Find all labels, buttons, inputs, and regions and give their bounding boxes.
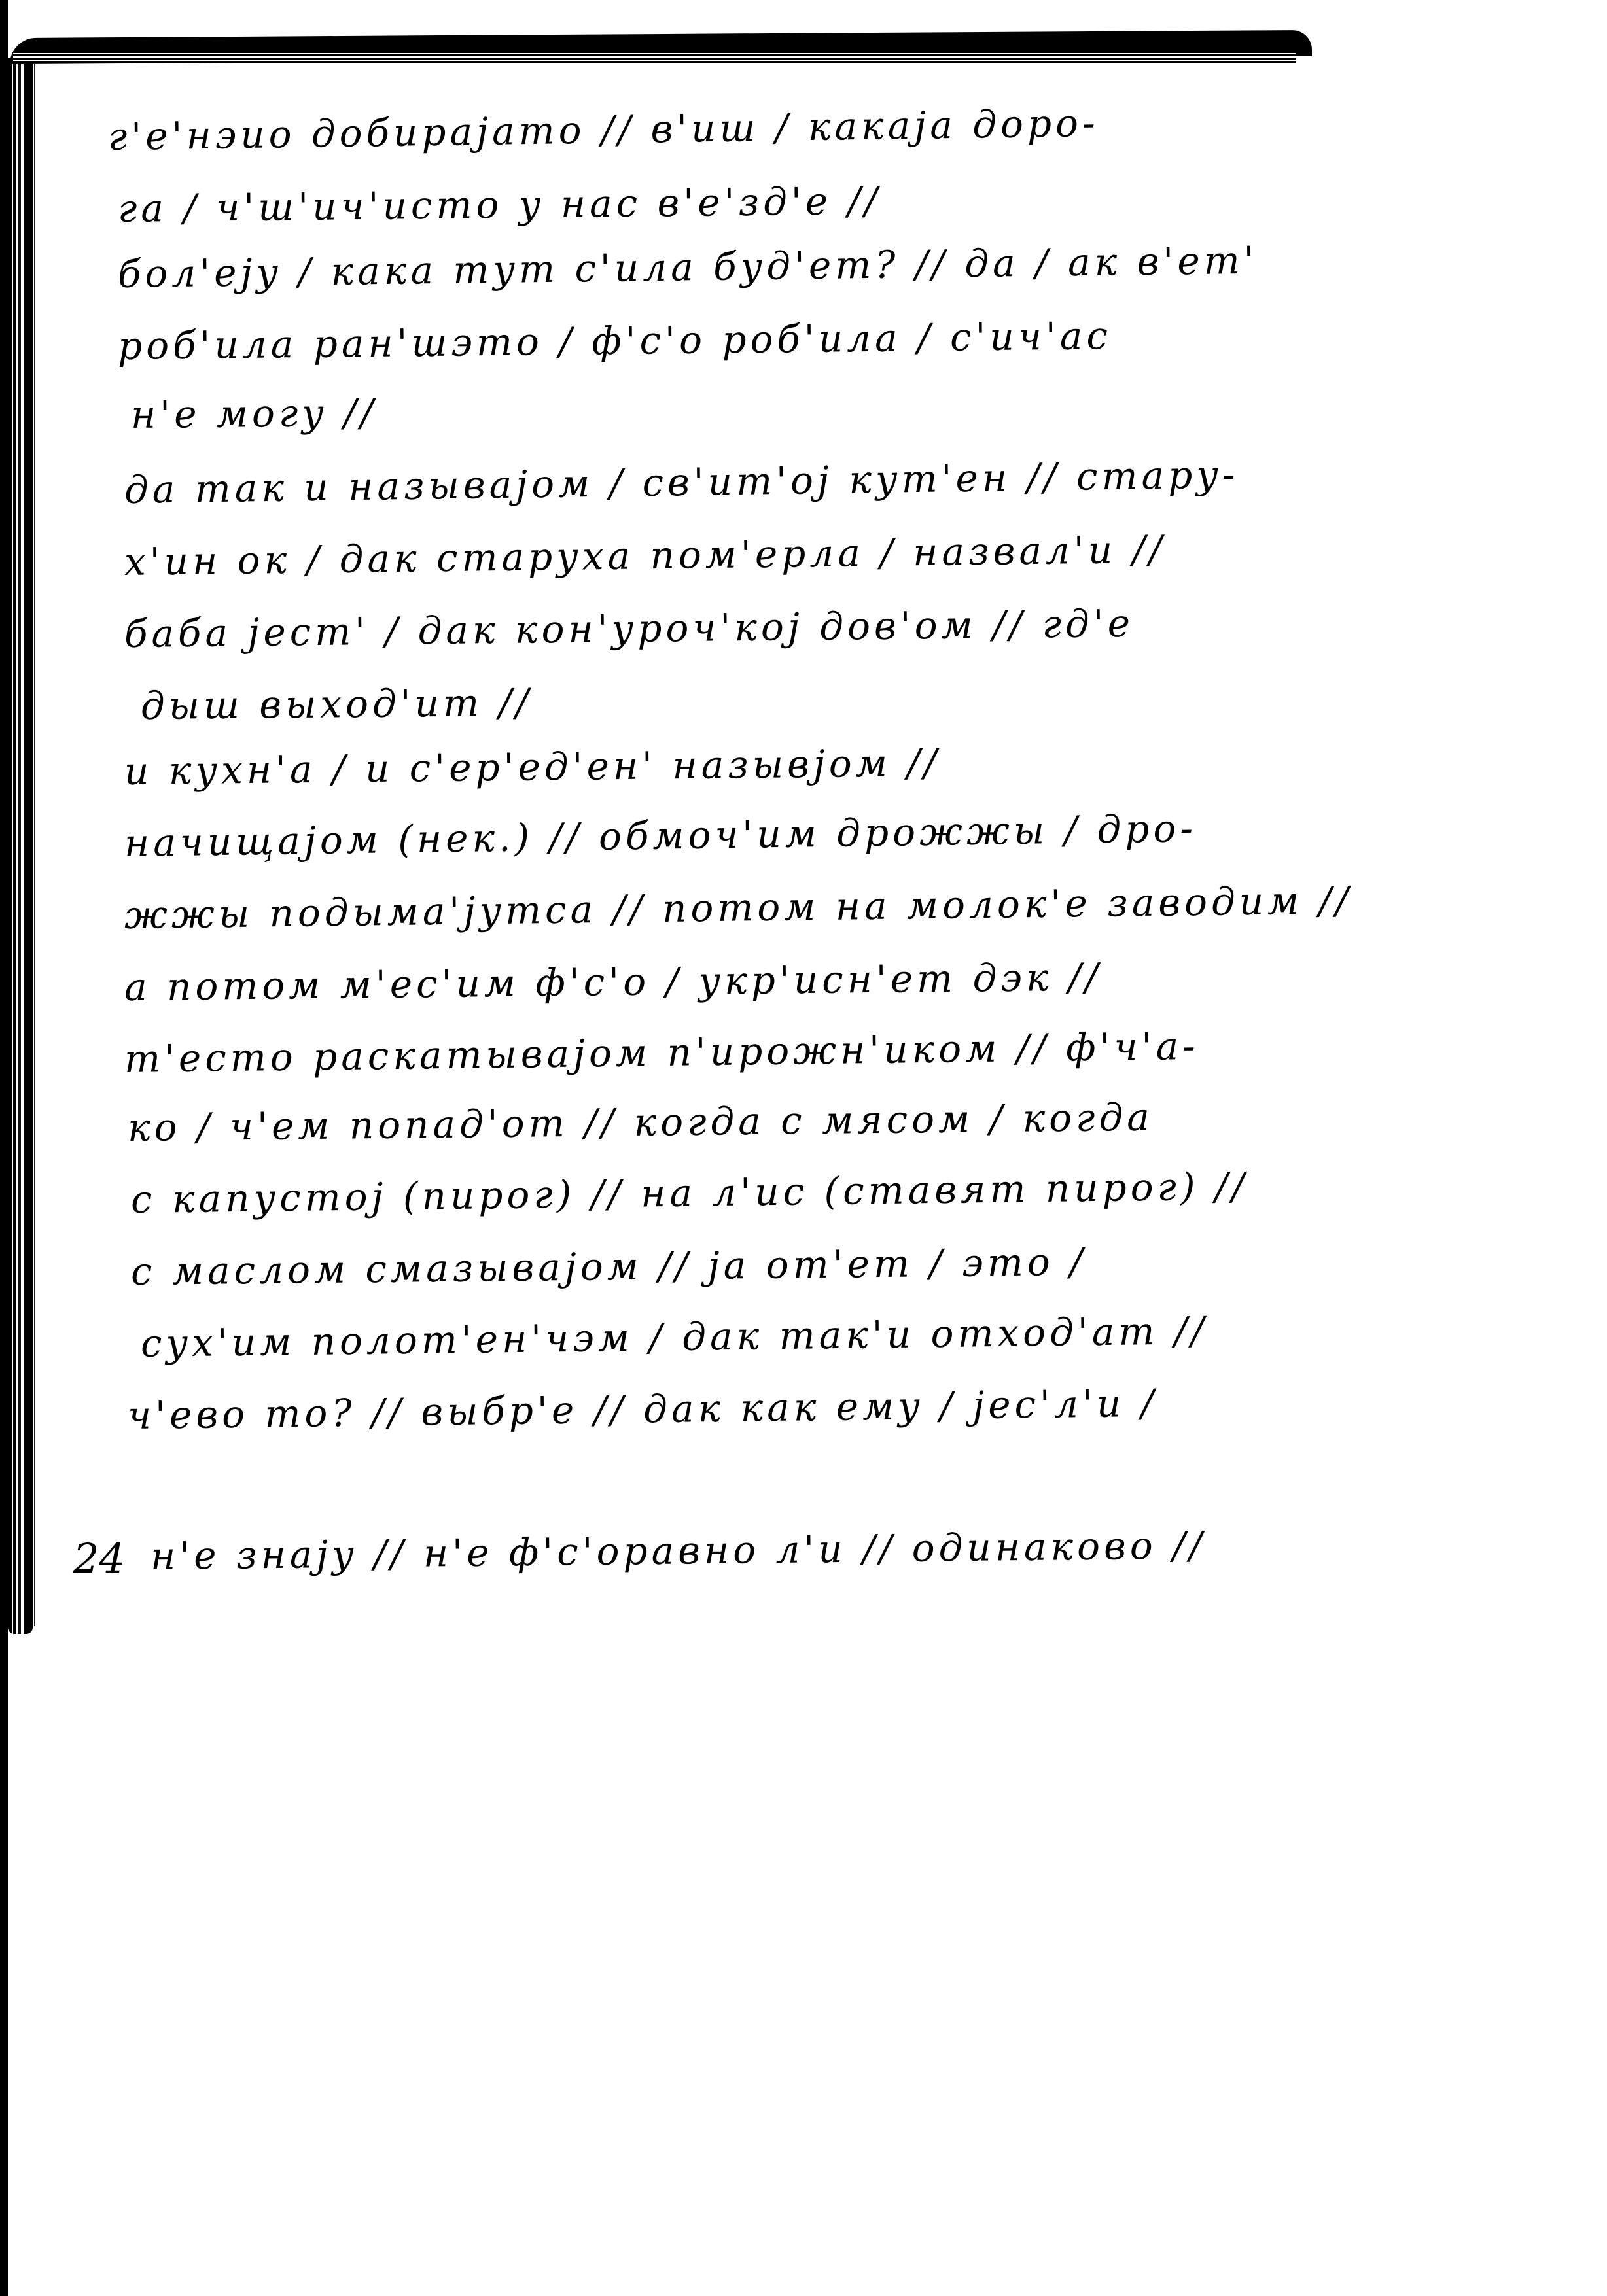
handwritten-line: х'ин ок / дак старуха пом'ерла / назвал'…	[124, 527, 1166, 584]
handwritten-line: жжы подыма'jутса // потом на молок'е зав…	[124, 878, 1353, 937]
handwritten-line: г'е'нэио добираjатo // в'иш / какаjа дор…	[108, 101, 1099, 159]
handwritten-line: с маслом смазываjом // jа от'ет / это /	[131, 1240, 1087, 1294]
handwritten-line: ко / ч'ем попад'от // когда с мясом / ко…	[128, 1095, 1154, 1150]
handwritten-line: да так и называjом / св'ит'оj кут'ен // …	[124, 452, 1239, 512]
handwritten-line: н'е могу //	[131, 391, 378, 437]
page-number: 24	[73, 1535, 125, 1582]
handwritten-line: баба jест' / дак кон'уроч'коj дов'ом // …	[124, 601, 1135, 656]
handwritten-line: сух'им полот'ен'чэм / дак так'и отход'ат…	[141, 1308, 1209, 1366]
handwritten-line: начищаjом (нек.) // обмоч'им дрожжы / др…	[124, 806, 1197, 865]
handwritten-line: дыш выход'ит //	[141, 680, 533, 728]
handwritten-line: н'е знаjу // н'е ф'с'оравно л'и // одина…	[150, 1523, 1207, 1578]
notebook-top-edge-pages	[13, 51, 1296, 63]
handwritten-line: роб'ила ран'шэто / ф'с'о роб'ила / с'ич'…	[118, 313, 1112, 368]
handwritten-line: с капустоj (пирог) // на л'ис (ставят пи…	[131, 1164, 1249, 1222]
handwritten-line: га / ч'ш'ич'исто у нас в'е'зд'е //	[118, 179, 881, 231]
handwritten-line: т'есто раскатываjом п'ирожн'иком // ф'ч'…	[124, 1024, 1200, 1081]
notebook-binding	[8, 58, 33, 1634]
handwritten-line: а потом м'ес'им ф'с'о / укр'исн'ет дэк /…	[124, 954, 1103, 1009]
handwritten-line: и кухн'а / и с'ер'ед'ен' назывjом //	[124, 740, 941, 793]
handwritten-line: бол'еjу / кака тут с'ила буд'ет? // да /…	[118, 238, 1258, 296]
page-left-margin-edge	[34, 63, 35, 1626]
scan-left-edge	[0, 0, 8, 2296]
handwritten-line: ч'ево то? // выбр'е // дак как ему / jес…	[128, 1381, 1158, 1438]
